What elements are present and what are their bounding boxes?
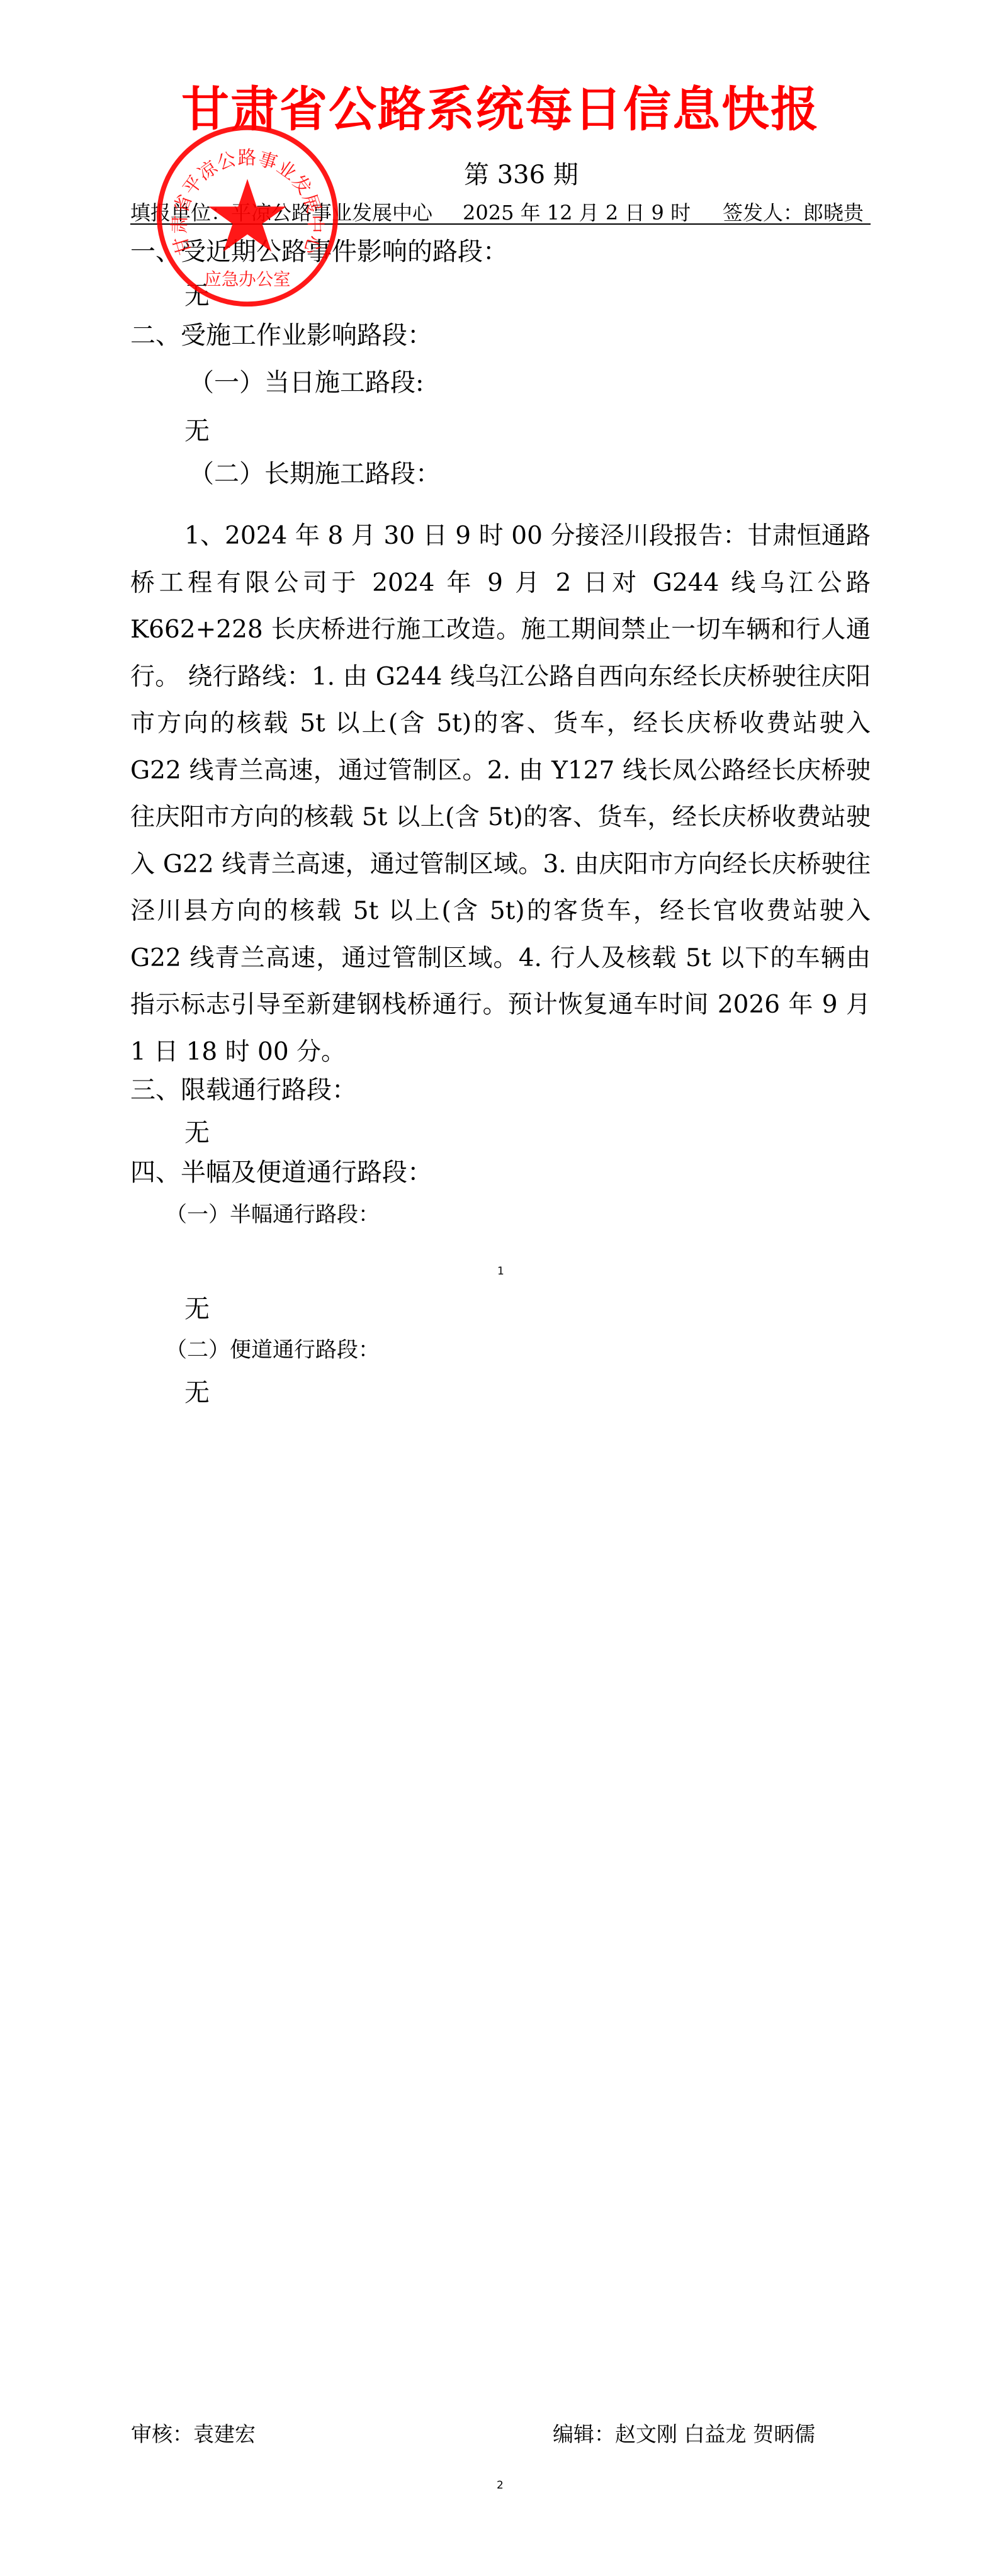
section-4-sub1-content: 无 (184, 1296, 210, 1322)
section-3-content: 无 (184, 1120, 210, 1145)
section-2-sub1-heading: （一）当日施工路段: (189, 370, 424, 395)
section-3-heading: 三、限载通行路段： (130, 1077, 357, 1103)
issue-number: 第 336 期 (464, 162, 579, 188)
section-2-sub1-content: 无 (184, 419, 210, 444)
reviewer: 审核：袁建宏 (131, 2424, 256, 2444)
page-number: 1 (497, 1266, 504, 1277)
section-4-heading: 四、半幅及便道通行路段： (130, 1160, 432, 1185)
section-4-sub2-content: 无 (184, 1380, 210, 1405)
editors: 编辑：赵文刚 白益龙 贺昞儒 (553, 2424, 815, 2444)
issuer: 签发人：郎晓贵 (723, 203, 864, 223)
section-4-sub2-heading: （二）便道通行路段： (166, 1339, 380, 1361)
page-number: 2 (497, 2480, 504, 2491)
official-seal-icon: 甘肃省平凉公路事业发展中心 应急办公室 (155, 123, 340, 308)
section-4-sub1-heading: （一）半幅通行路段： (166, 1204, 380, 1225)
section-2-sub2-heading: （二）长期施工路段： (189, 461, 441, 487)
svg-text:应急办公室: 应急办公室 (204, 270, 290, 290)
report-datetime: 2025 年 12 月 2 日 9 时 (463, 203, 691, 223)
section-2-heading: 二、受施工作业影响路段： (130, 323, 432, 348)
construction-notice-paragraph: 1、2024 年 8 月 30 日 9 时 00 分接泾川段报告：甘肃恒通路桥工… (130, 513, 871, 1076)
